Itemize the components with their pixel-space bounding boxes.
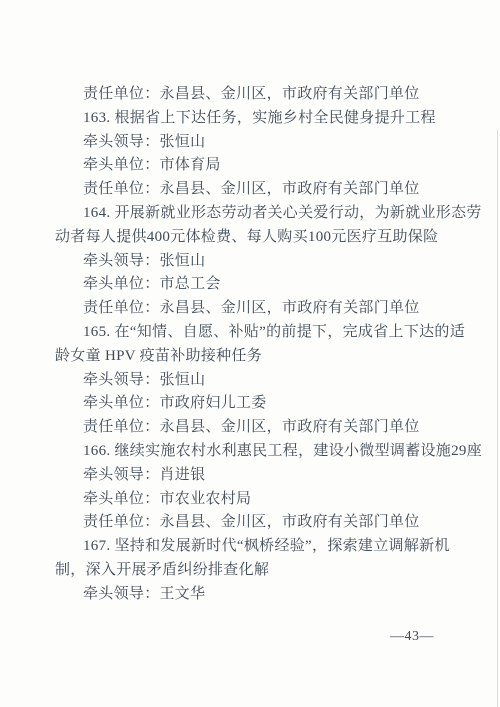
- document-line: 责任单位：永昌县、金川区，市政府有关部门单位: [55, 83, 495, 107]
- document-line: 牵头领导：张恒山: [55, 131, 495, 155]
- document-line: 责任单位：永昌县、金川区，市政府有关部门单位: [55, 511, 495, 535]
- document-line: 牵头单位：市政府妇儿工委: [55, 392, 495, 416]
- document-line: 167. 坚持和发展新时代“枫桥经验”，探索建立调解新机: [55, 535, 495, 559]
- document-line: 动者每人提供400元体检费、每人购买100元医疗互助保险: [55, 226, 495, 250]
- document-line: 牵头单位：市体育局: [55, 154, 495, 178]
- document-line: 牵头领导：张恒山: [55, 369, 495, 393]
- document-line: 牵头领导：王文华: [55, 583, 495, 607]
- document-line: 责任单位：永昌县、金川区，市政府有关部门单位: [55, 416, 495, 440]
- document-line: 164. 开展新就业形态劳动者关心关爱行动，为新就业形态劳: [55, 202, 495, 226]
- document-line: 165. 在“知情、自愿、补贴”的前提下，完成省上下达的适: [55, 321, 495, 345]
- scan-edge-line: [497, 130, 498, 707]
- document-line: 牵头单位：市总工会: [55, 273, 495, 297]
- document-line: 166. 继续实施农村水利惠民工程，建设小微型调蓄设施29座: [55, 440, 495, 464]
- document-line: 牵头领导：张恒山: [55, 250, 495, 274]
- page-number: —43—: [390, 629, 434, 645]
- document-line: 牵头领导：肖进银: [55, 464, 495, 488]
- document-line: 163. 根据省上下达任务，实施乡村全民健身提升工程: [55, 107, 495, 131]
- document-body: 责任单位：永昌县、金川区，市政府有关部门单位163. 根据省上下达任务，实施乡村…: [55, 83, 495, 607]
- document-page: 责任单位：永昌县、金川区，市政府有关部门单位163. 根据省上下达任务，实施乡村…: [0, 0, 500, 707]
- document-line: 龄女童 HPV 疫苗补助接种任务: [55, 345, 495, 369]
- document-line: 责任单位：永昌县、金川区，市政府有关部门单位: [55, 297, 495, 321]
- document-line: 责任单位：永昌县、金川区，市政府有关部门单位: [55, 178, 495, 202]
- document-line: 牵头单位：市农业农村局: [55, 488, 495, 512]
- document-line: 制，深入开展矛盾纠纷排查化解: [55, 559, 495, 583]
